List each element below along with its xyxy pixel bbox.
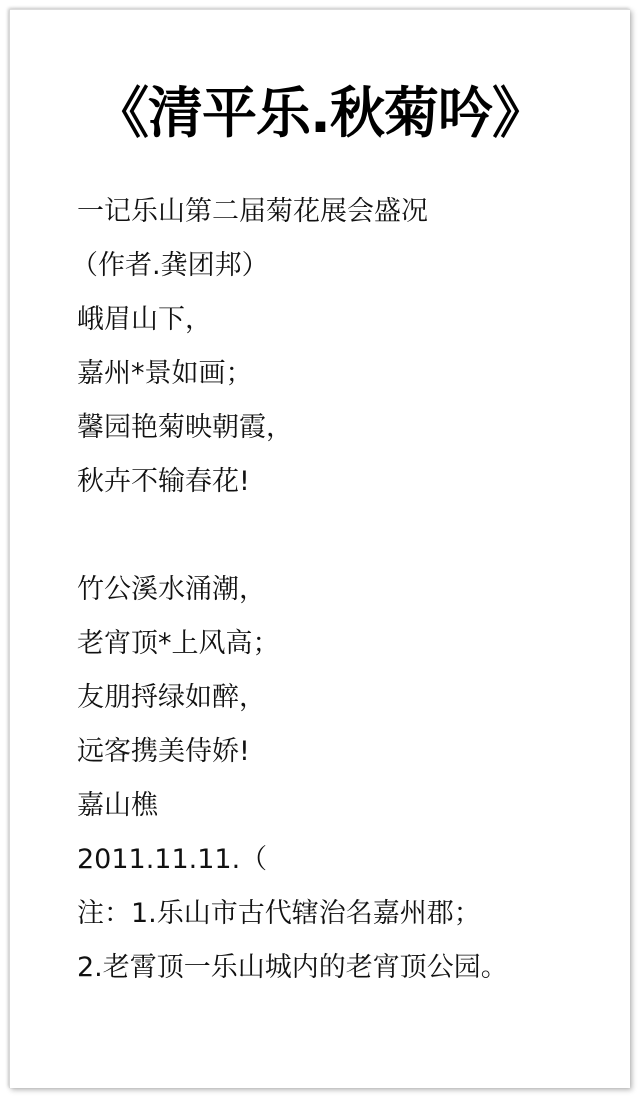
poem-line: 馨园艳菊映朝霞， bbox=[77, 414, 617, 441]
stanza-2: 竹公溪水涌潮， 老宵顶*上风高； 友朋捋绿如醉， 远客携美侍娇! bbox=[77, 576, 617, 765]
note-line: 注：1.乐山市古代辖治名嘉州郡； bbox=[77, 900, 617, 927]
author-line: （作者.龚团邦） bbox=[71, 252, 617, 279]
poem-line: 竹公溪水涌潮， bbox=[77, 576, 617, 603]
stanza-gap bbox=[77, 522, 617, 576]
poem-line: 老宵顶*上风高； bbox=[77, 630, 617, 657]
notes: 注：1.乐山市古代辖治名嘉州郡； 2.老霄顶一乐山城内的老宵顶公园。 bbox=[77, 900, 617, 981]
stanza-1: 峨眉山下， 嘉州*景如画； 馨园艳菊映朝霞， 秋卉不输春花! bbox=[77, 306, 617, 495]
poem-line: 远客携美侍娇! bbox=[77, 738, 617, 765]
poem-line: 峨眉山下， bbox=[77, 306, 617, 333]
poem-body: 一记乐山第二届菊花展会盛况 （作者.龚团邦） 峨眉山下， 嘉州*景如画； 馨园艳… bbox=[77, 198, 617, 1008]
poem-subtitle: 一记乐山第二届菊花展会盛况 bbox=[77, 198, 617, 225]
poem-title: 《清平乐.秋菊吟》 bbox=[10, 78, 630, 148]
date: 2011.11.11.（ bbox=[77, 846, 617, 873]
poem-line: 嘉州*景如画； bbox=[77, 360, 617, 387]
poem-line: 秋卉不输春花! bbox=[77, 468, 617, 495]
note-line: 2.老霄顶一乐山城内的老宵顶公园。 bbox=[77, 954, 617, 981]
poem-line: 友朋捋绿如醉， bbox=[77, 684, 617, 711]
signature: 嘉山樵 bbox=[77, 792, 617, 819]
poem-card: 《清平乐.秋菊吟》 一记乐山第二届菊花展会盛况 （作者.龚团邦） 峨眉山下， 嘉… bbox=[9, 9, 630, 1088]
